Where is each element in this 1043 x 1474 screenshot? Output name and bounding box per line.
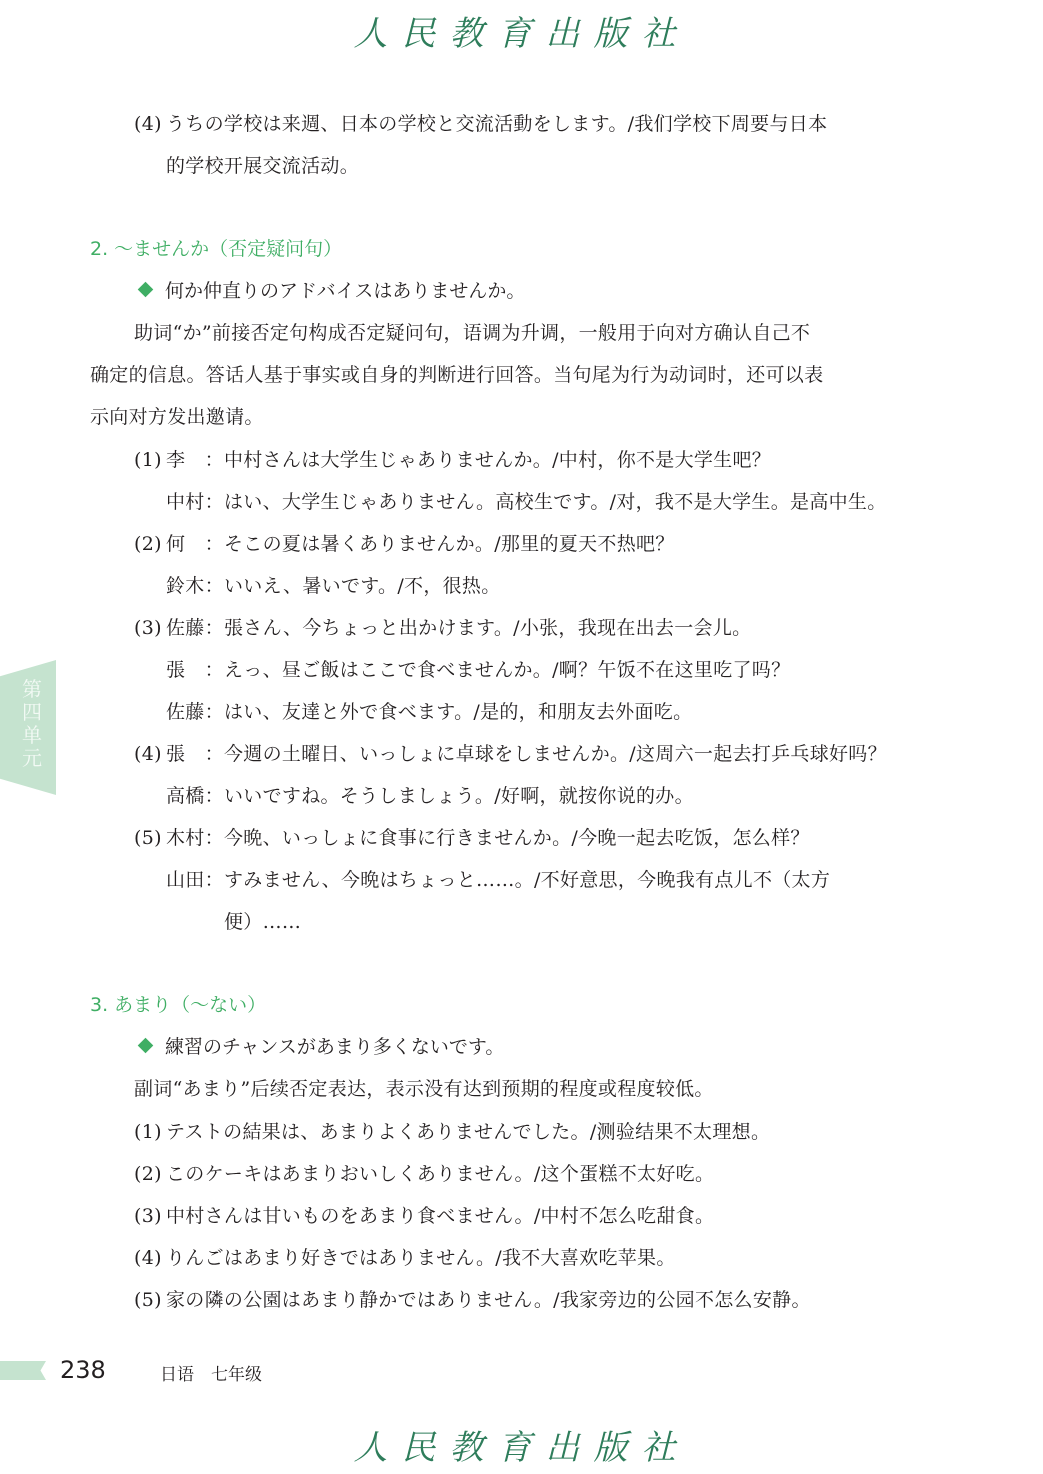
speaker: 佐藤： [166,700,224,724]
item-number: (3) [134,1204,166,1228]
section-3-example-5: (5)家の隣の公園はあまり静かではありません。/我家旁边的公园不怎么安静。 [134,1288,811,1312]
dialogue-2-line-1: (2)何 ：そこの夏は暑くありませんか。/那里的夏天不热吧？ [134,532,675,556]
item-number: (1) [134,1120,166,1144]
diamond-bullet-icon [138,1038,154,1054]
example-sentence: 何か仲直りのアドバイスはありませんか。 [165,280,525,302]
utterance: いいですね。そうしましょう。/好啊，就按你说的办。 [224,785,694,807]
dialogue-5-line-2-continuation: 便）…… [224,910,301,934]
utterance: 今週の土曜日、いっしょに卓球をしませんか。/这周六一起去打乒乓球好吗？ [224,743,887,765]
dialogue-3-line-2: 張 ：えっ、昼ご飯はここで食べませんか。/啊？午饭不在这里吃了吗？ [134,658,790,682]
speaker: 中村： [166,490,224,514]
section-3-heading: 3. あまり（～ない） [90,993,266,1017]
utterance: えっ、昼ご飯はここで食べませんか。/啊？午饭不在这里吃了吗？ [224,659,790,681]
section-3-example: 練習のチャンスがあまり多くないです。 [140,1035,504,1059]
example-text: 家の隣の公園はあまり静かではありません。/我家旁边的公园不怎么安静。 [166,1289,811,1311]
dialogue-5-line-2: 山田：すみません、今晩はちょっと……。/不好意思，今晚我有点儿不（太方 [134,868,830,892]
publisher-logo-bottom: 人民教育出版社 [0,1420,1043,1469]
dialogue-2-line-2: 鈴木：いいえ、暑いです。/不，很热。 [134,574,501,598]
speaker: 何 ： [166,532,224,556]
continuation-line-2: 的学校开展交流活动。 [166,154,359,178]
dialogue-3-line-3: 佐藤：はい、友達と外で食べます。/是的，和朋友去外面吃。 [134,700,692,724]
continuation-line-1: (4)うちの学校は来週、日本の学校と交流活動をします。/我们学校下周要与日本 [134,112,827,136]
speaker: 張 ： [166,658,224,682]
section-2-explanation-2: 确定的信息。答话人基于事实或自身的判断进行回答。当句尾为行为动词时，还可以表 [90,363,823,387]
footer-book-title: 日语 七年级 [160,1360,262,1385]
section-3-example-1: (1)テストの結果は、あまりよくありませんでした。/测验结果不太理想。 [134,1120,770,1144]
speaker: 高橋： [166,784,224,808]
section-2-explanation-1: 助词“か”前接否定句构成否定疑问句，语调为升调，一般用于向对方确认自己不 [134,321,810,345]
item-number: (4) [134,742,166,766]
speaker: 木村： [166,826,224,850]
example-text: 中村さんは甘いものをあまり食べません。/中村不怎么吃甜食。 [166,1205,714,1227]
section-2-heading: 2. ～ませんか（否定疑问句） [90,237,342,261]
utterance: いいえ、暑いです。/不，很热。 [224,575,501,597]
item-number: (5) [134,826,166,850]
section-2-example: 何か仲直りのアドバイスはありませんか。 [140,279,525,303]
dialogue-4-line-1: (4)張 ：今週の土曜日、いっしょに卓球をしませんか。/这周六一起去打乒乓球好吗… [134,742,887,766]
utterance: 中村さんは大学生じゃありませんか。/中村，你不是大学生吧？ [224,449,771,471]
utterance: はい、友達と外で食べます。/是的，和朋友去外面吃。 [224,701,692,723]
unit-side-tab-label: 第四单元 [20,678,44,770]
diamond-bullet-icon [138,282,154,298]
item-number: (3) [134,616,166,640]
example-text: テストの結果は、あまりよくありませんでした。/测验结果不太理想。 [166,1121,770,1143]
utterance: 張さん、今ちょっと出かけます。/小张，我现在出去一会儿。 [224,617,751,639]
dialogue-4-line-2: 高橋：いいですね。そうしましょう。/好啊，就按你说的办。 [134,784,694,808]
dialogue-1-line-1: (1)李 ：中村さんは大学生じゃありませんか。/中村，你不是大学生吧？ [134,448,771,472]
publisher-logo-top: 人民教育出版社 [0,6,1043,55]
item-number: (2) [134,1162,166,1186]
section-3-example-2: (2)このケーキはあまりおいしくありません。/这个蛋糕不太好吃。 [134,1162,714,1186]
dialogue-3-line-1: (3)佐藤：張さん、今ちょっと出かけます。/小张，我现在出去一会儿。 [134,616,751,640]
section-2-explanation-3: 示向对方发出邀请。 [90,405,264,429]
example-text: このケーキはあまりおいしくありません。/这个蛋糕不太好吃。 [166,1163,714,1185]
speaker: 李 ： [166,448,224,472]
section-3-explanation: 副词“あまり”后续否定表达，表示没有达到预期的程度或程度较低。 [134,1077,714,1101]
item-number: (4) [134,112,166,136]
utterance: はい、大学生じゃありません。高校生です。/对，我不是大学生。是高中生。 [224,491,887,513]
section-3-example-4: (4)りんごはあまり好きではありません。/我不大喜欢吃苹果。 [134,1246,676,1270]
item-number: (1) [134,448,166,472]
utterance: そこの夏は暑くありませんか。/那里的夏天不热吧？ [224,533,675,555]
section-3-example-3: (3)中村さんは甘いものをあまり食べません。/中村不怎么吃甜食。 [134,1204,714,1228]
speaker: 鈴木： [166,574,224,598]
example-sentence: 練習のチャンスがあまり多くないです。 [165,1036,504,1058]
item-number: (5) [134,1288,166,1312]
item-text: うちの学校は来週、日本の学校と交流活動をします。/我们学校下周要与日本 [166,113,827,135]
footer-band [0,1361,46,1380]
utterance: 今晩、いっしょに食事に行きませんか。/今晚一起去吃饭，怎么样？ [224,827,810,849]
speaker: 張 ： [166,742,224,766]
example-text: りんごはあまり好きではありません。/我不大喜欢吃苹果。 [166,1247,676,1269]
utterance: すみません、今晩はちょっと……。/不好意思，今晚我有点儿不（太方 [224,869,830,891]
item-number: (4) [134,1246,166,1270]
page-number: 238 [60,1356,106,1384]
speaker: 山田： [166,868,224,892]
dialogue-1-line-2: 中村：はい、大学生じゃありません。高校生です。/对，我不是大学生。是高中生。 [134,490,887,514]
item-number: (2) [134,532,166,556]
dialogue-5-line-1: (5)木村：今晩、いっしょに食事に行きませんか。/今晚一起去吃饭，怎么样？ [134,826,810,850]
speaker: 佐藤： [166,616,224,640]
